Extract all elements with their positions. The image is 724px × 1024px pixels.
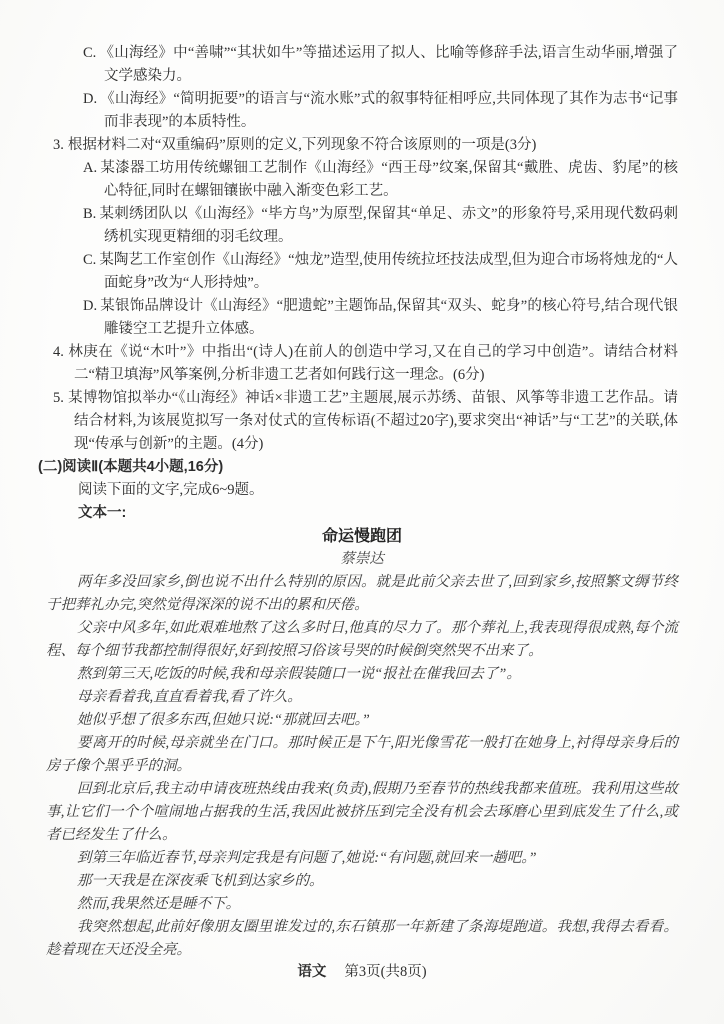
option-text: 某刺绣团队以《山海经》“毕方鸟”为原型,保留其“单足、赤文”的形象符号,采用现代… [99,206,678,245]
question-stem: 林庚在《说“木叶”》中指出“(诗人)在前人的创造中学习,又在自己的学习中创造”。… [68,344,678,383]
option-text: 《山海经》“简明扼要”的语言与“流水账”式的叙事特征相呼应,共同体现了其作为志书… [100,91,678,130]
passage-paragraph: 她似乎想了很多东西,但她只说:“那就回去吧。” [46,709,678,732]
question-5: 5.某博物馆拟举办“《山海经》神话×非遗工艺”主题展,展示苏绣、苗银、风筝等非遗… [46,387,678,456]
question-stem: 某博物馆拟举办“《山海经》神话×非遗工艺”主题展,展示苏绣、苗银、风筝等非遗工艺… [68,390,678,452]
q3-option-d: D.某银饰品牌设计《山海经》“肥遗蛇”主题饰品,保留其“双头、蛇身”的核心符号,… [46,295,678,341]
option-label: B. [83,206,96,222]
question-number: 4. [53,344,64,360]
passage-paragraph: 回到北京后,我主动申请夜班热线由我来(负责),假期乃至春节的热线我都来值班。我利… [46,778,678,847]
passage-paragraph: 然而,我果然还是睡不下。 [46,893,678,916]
question-number: 3. [53,137,64,153]
text-one-label: 文本一: [46,502,678,525]
passage-paragraph: 熬到第三天,吃饭的时候,我和母亲假装随口一说“报社在催我回去了”。 [46,663,678,686]
q3-option-a: A.某漆器工坊用传统螺钿工艺制作《山海经》“西王母”纹案,保留其“戴胜、虎齿、豹… [46,157,678,203]
footer-subject: 语文 [297,964,326,980]
q3-option-b: B.某刺绣团队以《山海经》“毕方鸟”为原型,保留其“单足、赤文”的形象符号,采用… [46,203,678,249]
reading-instruction: 阅读下面的文字,完成6~9题。 [46,479,678,502]
option-text: 某漆器工坊用传统螺钿工艺制作《山海经》“西王母”纹案,保留其“戴胜、虎齿、豹尾”… [100,160,678,199]
passage-title: 命运慢跑团 [46,525,678,548]
section-2-header: (二)阅读Ⅱ(本题共4小题,16分) [38,456,678,479]
option-label: D. [83,91,97,107]
page-footer: 语文第3页(共8页) [0,961,724,984]
option-text: 某银饰品牌设计《山海经》“肥遗蛇”主题饰品,保留其“双头、蛇身”的核心符号,结合… [100,298,678,337]
exam-page: C.《山海经》中“善啸”“其状如牛”等描述运用了拟人、比喻等修辞手法,语言生动华… [0,0,724,1024]
passage-paragraph: 母亲看着我,直直看着我,看了许久。 [46,686,678,709]
question-3: 3.根据材料二对“双重编码”原则的定义,下列现象不符合该原则的一项是(3分) [46,134,678,157]
passage-author: 蔡崇达 [46,548,678,571]
passage-paragraph: 到第三年临近春节,母亲判定我是有问题了,她说:“有问题,就回来一趟吧。” [46,847,678,870]
passage-paragraph: 那一天我是在深夜乘飞机到达家乡的。 [46,870,678,893]
carryover-option-d: D.《山海经》“简明扼要”的语言与“流水账”式的叙事特征相呼应,共同体现了其作为… [46,88,678,134]
footer-page-info: 第3页(共8页) [344,964,426,980]
option-label: D. [83,298,97,314]
passage-paragraph: 我突然想起,此前好像朋友圈里谁发过的,东石镇那一年新建了条海堤跑道。我想,我得去… [46,916,678,962]
option-text: 《山海经》中“善啸”“其状如牛”等描述运用了拟人、比喻等修辞手法,语言生动华丽,… [99,45,678,84]
passage-paragraph: 两年多没回家乡,倒也说不出什么特别的原因。就是此前父亲去世了,回到家乡,按照繁文… [46,571,678,617]
question-stem: 根据材料二对“双重编码”原则的定义,下列现象不符合该原则的一项是(3分) [68,137,536,153]
carryover-option-c: C.《山海经》中“善啸”“其状如牛”等描述运用了拟人、比喻等修辞手法,语言生动华… [46,42,678,88]
question-4: 4.林庚在《说“木叶”》中指出“(诗人)在前人的创造中学习,又在自己的学习中创造… [46,341,678,387]
option-label: C. [83,45,96,61]
q3-option-c: C.某陶艺工作室创作《山海经》“烛龙”造型,使用传统拉坯技法成型,但为迎合市场将… [46,249,678,295]
option-label: C. [83,252,96,268]
page-content: C.《山海经》中“善啸”“其状如牛”等描述运用了拟人、比喻等修辞手法,语言生动华… [46,42,678,962]
question-number: 5. [53,390,64,406]
option-text: 某陶艺工作室创作《山海经》“烛龙”造型,使用传统拉坯技法成型,但为迎合市场将烛龙… [99,252,678,291]
passage-paragraph: 要离开的时候,母亲就坐在门口。那时候正是下午,阳光像雪花一般打在她身上,衬得母亲… [46,732,678,778]
passage-paragraph: 父亲中风多年,如此艰难地熬了这么多时日,他真的尽力了。那个葬礼上,我表现得很成熟… [46,617,678,663]
option-label: A. [83,160,97,176]
